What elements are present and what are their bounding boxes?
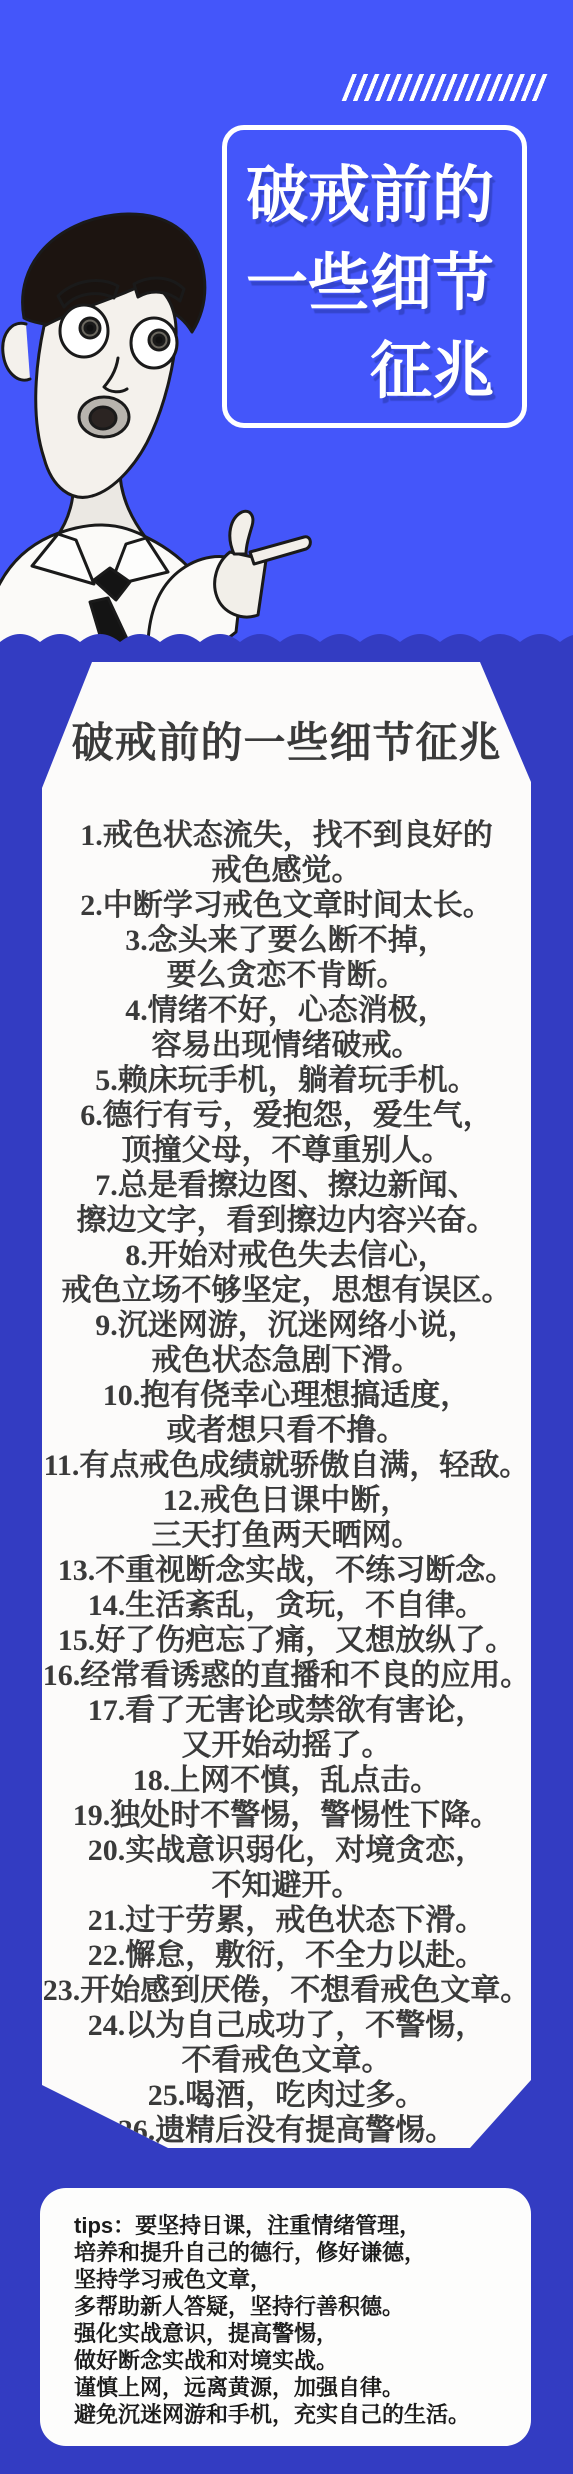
tips-line: 强化实战意识，提高警惕， [74,2320,507,2347]
list-line: 不看戒色文章。 [0,2043,573,2078]
list-line: 7.总是看擦边图、擦边新闻、 [0,1168,573,1203]
list-line: 6.德行有亏，爱抱怨，爱生气， [0,1098,573,1133]
list-line: 11.有点戒色成绩就骄傲自满，轻敌。 [0,1448,573,1483]
list-line: 三天打鱼两天晒网。 [0,1518,573,1553]
tips-line: 谨慎上网，远离黄源，加强自律。 [74,2374,507,2401]
list-line: 容易出现情绪破戒。 [0,1028,573,1063]
list-line: 10.抱有侥幸心理想搞适度， [0,1378,573,1413]
list-line: 2.中断学习戒色文章时间太长。 [0,888,573,923]
list-line: 8.开始对戒色失去信心， [0,1238,573,1273]
list-line: 13.不重视断念实战，不练习断念。 [0,1553,573,1588]
list-line: 21.过于劳累，戒色状态下滑。 [0,1903,573,1938]
list-line: 20.实战意识弱化，对境贪恋， [0,1833,573,1868]
list-line: 戒色状态急剧下滑。 [0,1343,573,1378]
list-line: 15.好了伤疤忘了痛，又想放纵了。 [0,1623,573,1658]
list-line: 3.念头来了要么断不掉， [0,923,573,958]
signs-heading: 破戒前的一些细节征兆 [0,710,573,770]
list-line: 擦边文字，看到擦边内容兴奋。 [0,1203,573,1238]
list-line: 9.沉迷网游，沉迷网络小说， [0,1308,573,1343]
list-line: 4.情绪不好，心态消极， [0,993,573,1028]
list-line: 不知避开。 [0,1868,573,1903]
list-line: 14.生活紊乱，贪玩，不自律。 [0,1588,573,1623]
tips-line: 避免沉迷网游和手机，充实自己的生活。 [74,2401,507,2428]
list-line: 24.以为自己成功了，不警惕， [0,2008,573,2043]
list-line: 16.经常看诱惑的直播和不良的应用。 [0,1658,573,1693]
list-line: 又开始动摇了。 [0,1728,573,1763]
list-line: 顶撞父母，不尊重别人。 [0,1133,573,1168]
list-line: 1.戒色状态流失，找不到良好的 [0,818,573,853]
tips-line: 培养和提升自己的德行，修好谦德， [74,2239,507,2266]
list-line: 或者想只看不撸。 [0,1413,573,1448]
list-line: 18.上网不慎，乱点击。 [0,1763,573,1798]
list-line: 5.赖床玩手机，躺着玩手机。 [0,1063,573,1098]
list-line: 戒色立场不够坚定，思想有误区。 [0,1273,573,1308]
list-line: 17.看了无害论或禁欲有害论， [0,1693,573,1728]
mascot-man-illustration [0,200,320,660]
tips-card: tips：要坚持日课，注重情绪管理， 培养和提升自己的德行，修好谦德， 坚持学习… [40,2188,531,2446]
tips-line: 坚持学习戒色文章， [74,2266,507,2293]
list-line: 19.独处时不警惕，警惕性下降。 [0,1798,573,1833]
list-line: 12.戒色日课中断， [0,1483,573,1518]
list-line: 戒色感觉。 [0,853,573,888]
signs-list: 1.戒色状态流失，找不到良好的 戒色感觉。 2.中断学习戒色文章时间太长。 3.… [0,818,573,2148]
list-line: 要么贪恋不肯断。 [0,958,573,993]
signs-card: 破戒前的一些细节征兆 1.戒色状态流失，找不到良好的 戒色感觉。 2.中断学习戒… [0,660,573,2152]
list-line: 23.开始感到厌倦，不想看戒色文章。 [0,1973,573,2008]
tips-line: tips：要坚持日课，注重情绪管理， [74,2212,507,2239]
list-line: 22.懈怠，敷衍，不全力以赴。 [0,1938,573,1973]
tips-line: 多帮助新人答疑，坚持行善积德。 [74,2293,507,2320]
hatch-slashes-icon [342,74,553,101]
poster: 破戒前的 一些细节 征兆 [0,0,573,2474]
wave-divider [0,626,573,652]
tips-line: 做好断念实战和对境实战。 [74,2347,507,2374]
